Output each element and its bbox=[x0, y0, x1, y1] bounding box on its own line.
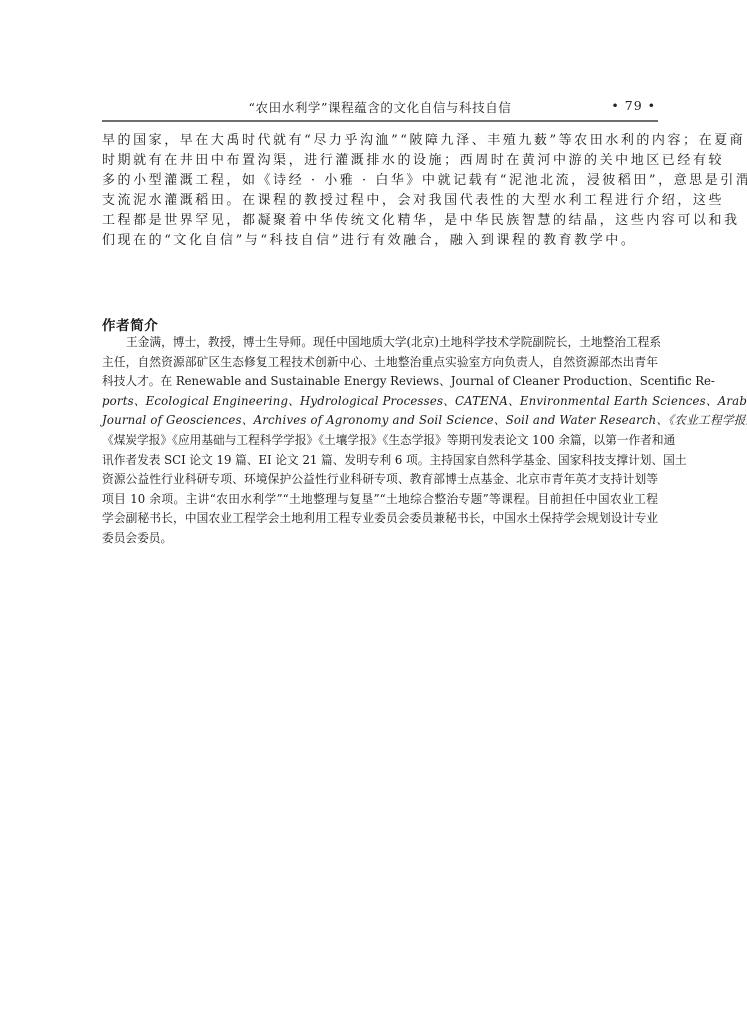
body-line: 多的小型灌溉工程，如《诗经 · 小雅 · 白华》中就记载有“泥池北流，浸彼稻田”… bbox=[102, 171, 658, 191]
bio-line: 科技人才。在 Renewable and Sustainable Energy … bbox=[102, 372, 658, 392]
header-rule bbox=[102, 120, 658, 122]
body-paragraph: 早的国家，早在大禹时代就有“尽力乎沟洫”“陂障九泽、丰殖九薮”等农田水利的内容；… bbox=[102, 131, 658, 251]
bio-line: 主任，自然资源部矿区生态修复工程技术创新中心、土地整治重点实验室方向负责人，自然… bbox=[102, 353, 658, 373]
bio-line: ports、Ecological Engineering、Hydrologica… bbox=[102, 392, 658, 412]
bio-line: 王金满，博士，教授，博士生导师。现任中国地质大学(北京)土地科学技术学院副院长，… bbox=[102, 333, 658, 353]
bio-line: 项目 10 余项。主讲“农田水利学”“土地整理与复垦”“土地综合整治专题”等课程… bbox=[102, 490, 658, 510]
bio-line: Journal of Geosciences、Archives of Agron… bbox=[102, 411, 658, 431]
author-intro-heading: 作者简介 bbox=[102, 314, 158, 334]
bio-line: 学会副秘书长，中国农业工程学会土地利用工程专业委员会委员兼秘书长，中国水土保持学… bbox=[102, 509, 658, 529]
bio-line: 讯作者发表 SCI 论文 19 篇、EI 论文 21 篇、发明专利 6 项。主持… bbox=[102, 451, 658, 471]
body-line: 早的国家，早在大禹时代就有“尽力乎沟洫”“陂障九泽、丰殖九薮”等农田水利的内容；… bbox=[102, 131, 658, 151]
bio-line: 《煤炭学报》《应用基础与工程科学学报》《土壤学报》《生态学报》等期刊发表论文 1… bbox=[102, 431, 658, 451]
author-bio-paragraph: 王金满，博士，教授，博士生导师。现任中国地质大学(北京)土地科学技术学院副院长，… bbox=[102, 333, 658, 549]
running-header: “农田水利学”课程蕴含的文化自信与科技自信 • 79 • bbox=[102, 96, 658, 118]
page-number: • 79 • bbox=[611, 98, 656, 113]
bio-line: 委员会委员。 bbox=[102, 529, 658, 549]
body-line: 们现在的“文化自信”与“科技自信”进行有效融合，融入到课程的教育教学中。 bbox=[102, 231, 658, 251]
bio-line: 资源公益性行业科研专项、环境保护公益性行业科研专项、教育部博士点基金、北京市青年… bbox=[102, 470, 658, 490]
running-title: “农田水利学”课程蕴含的文化自信与科技自信 bbox=[102, 98, 658, 116]
body-line: 时期就有在井田中布置沟渠，进行灌溉排水的设施；西周时在黄河中游的关中地区已经有较 bbox=[102, 151, 658, 171]
body-line: 支流泥水灌溉稻田。在课程的教授过程中，会对我国代表性的大型水利工程进行介绍，这些 bbox=[102, 191, 658, 211]
body-line: 工程都是世界罕见，都凝聚着中华传统文化精华，是中华民族智慧的结晶，这些内容可以和… bbox=[102, 211, 658, 231]
